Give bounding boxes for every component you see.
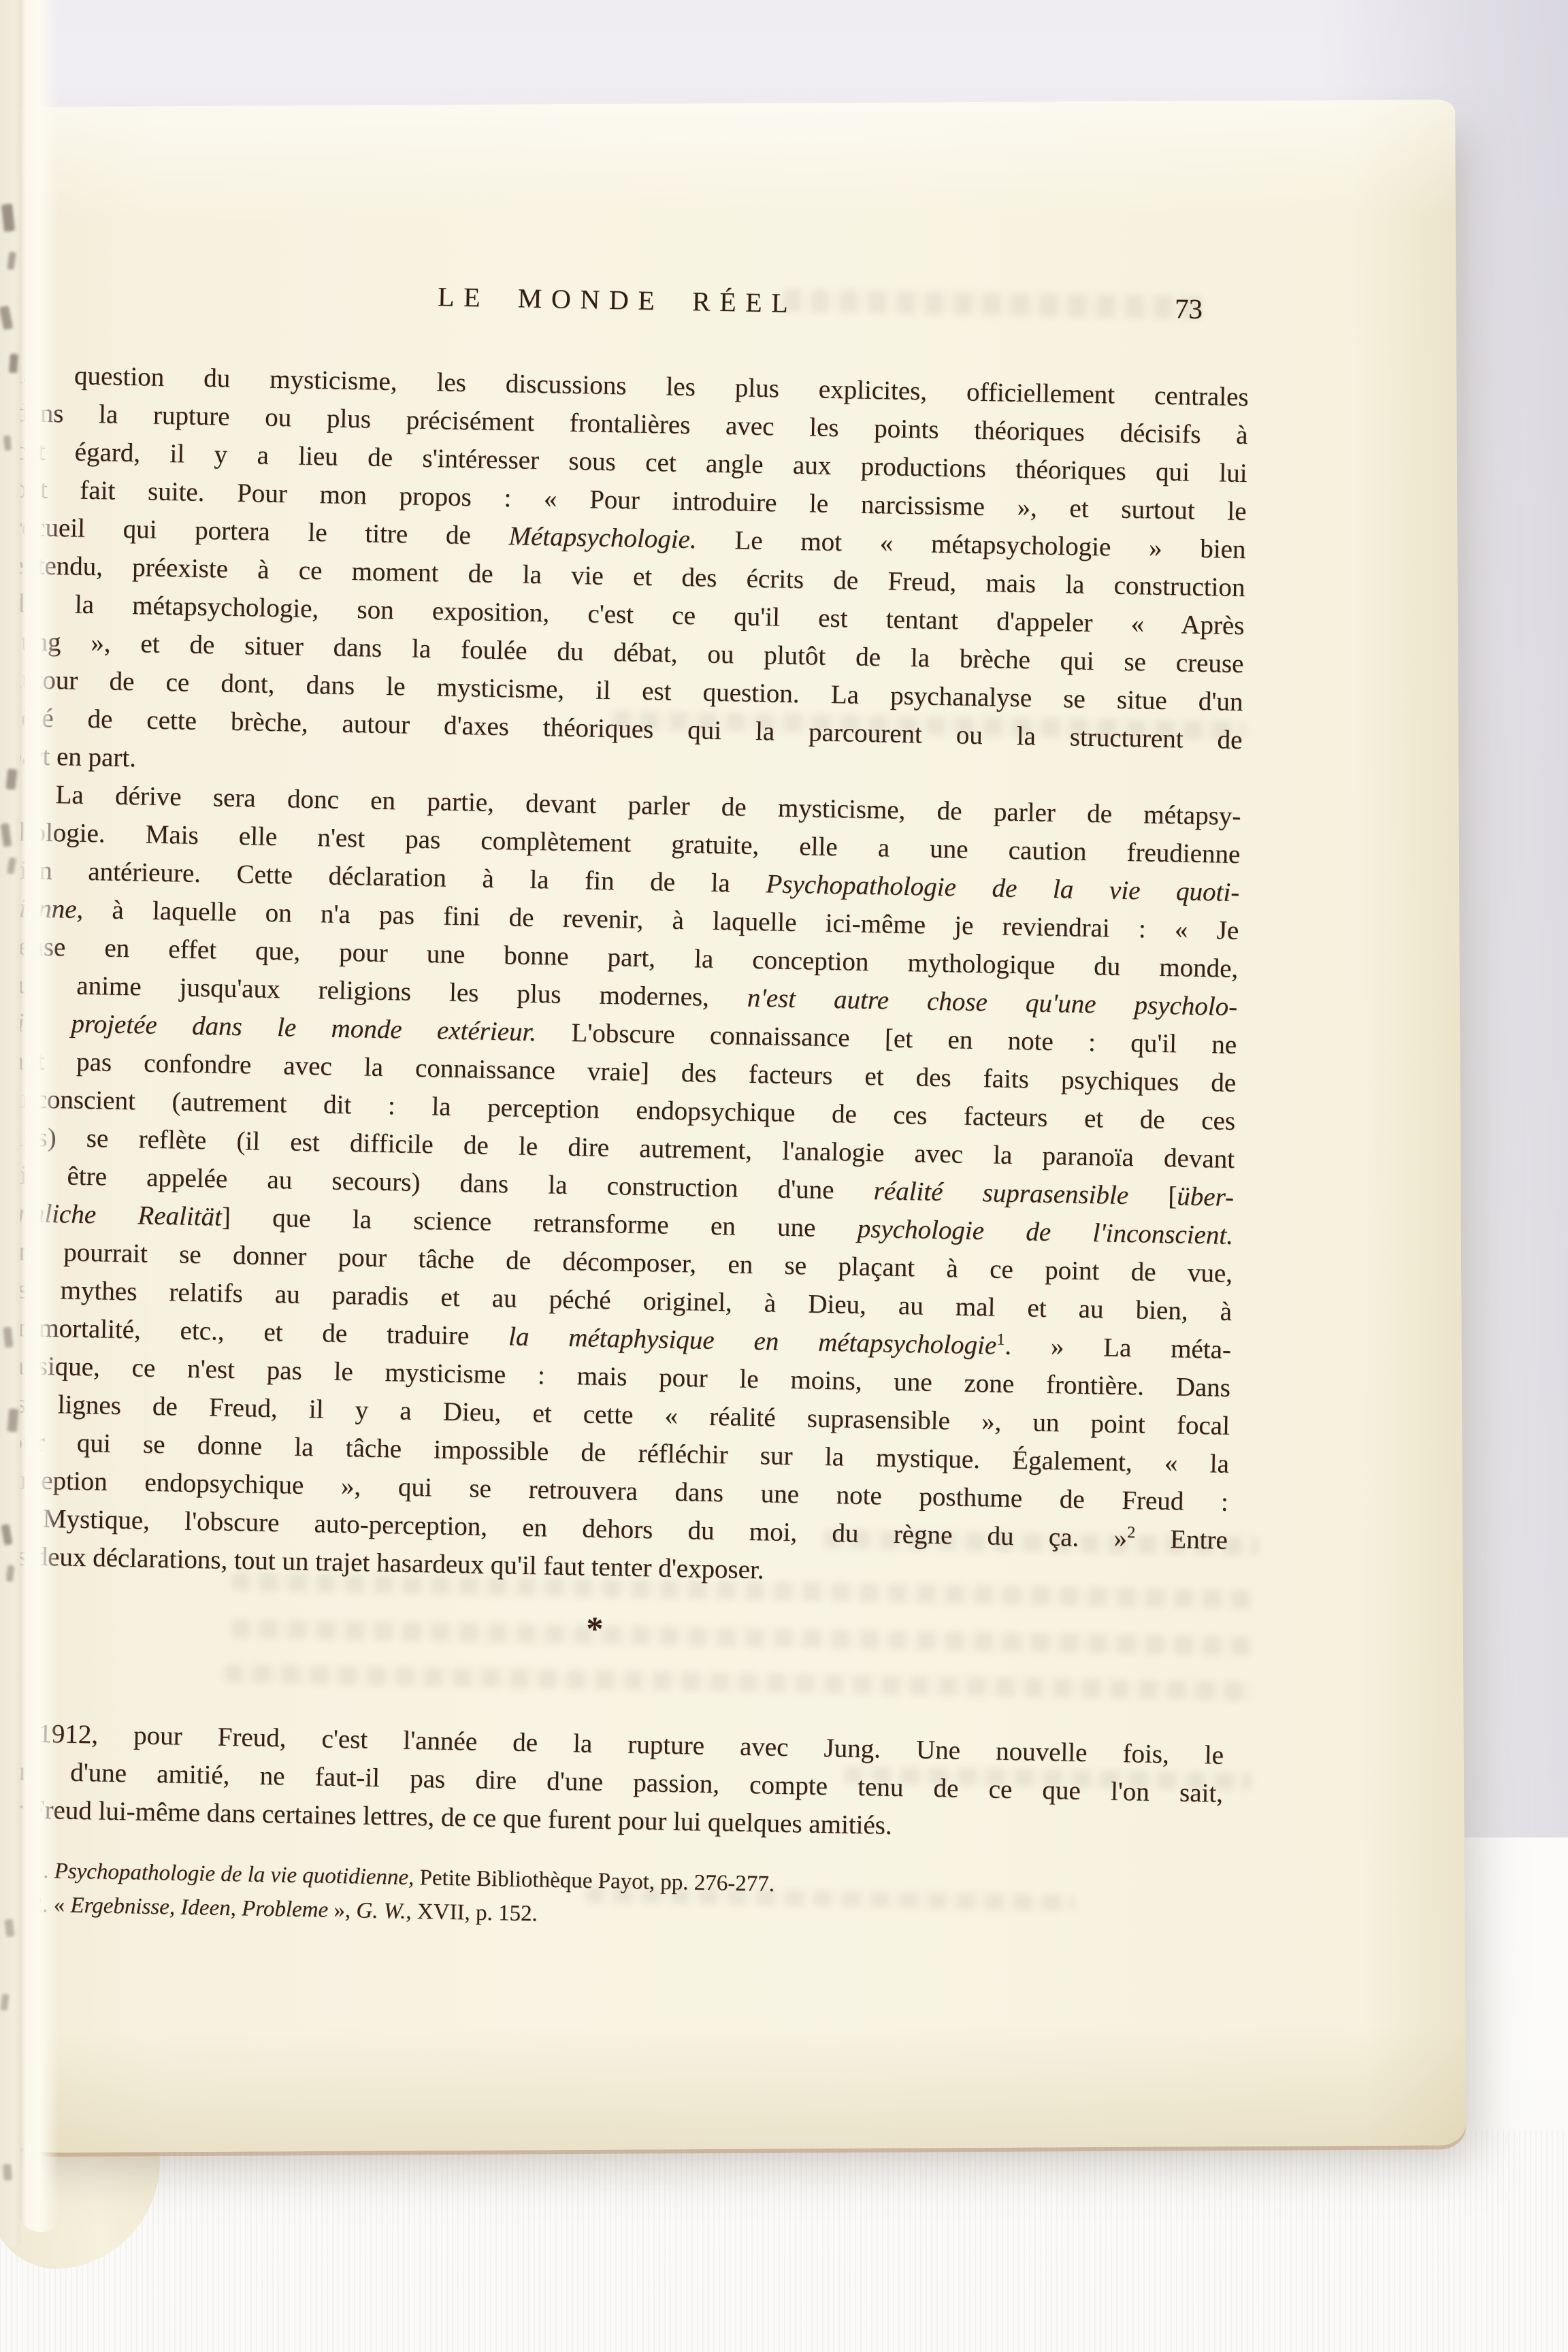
asterisk-glyph: * bbox=[586, 1610, 604, 1648]
book-photo: { "header": { "title": "LE MONDE RÉEL", … bbox=[0, 0, 1568, 2352]
page-content: LE MONDE RÉEL 73 la question du mysticis… bbox=[0, 112, 1254, 1944]
edge-ink-fragment bbox=[3, 1326, 13, 1347]
page-number: 73 bbox=[1174, 289, 1203, 328]
background-fabric-texture bbox=[0, 2130, 1568, 2352]
edge-ink-fragment bbox=[1, 1524, 12, 1546]
edge-ink-fragment bbox=[1, 203, 15, 231]
edge-ink-fragment bbox=[7, 1408, 19, 1432]
edge-ink-fragment bbox=[0, 1993, 9, 2010]
edge-ink-fragment bbox=[3, 436, 12, 451]
edge-ink-fragment bbox=[7, 857, 16, 874]
fore-edge-strip bbox=[0, 0, 20, 2246]
page-header: LE MONDE RÉEL 73 bbox=[16, 112, 1253, 378]
section-separator: * bbox=[0, 1575, 1226, 1737]
edge-ink-fragment bbox=[0, 306, 13, 330]
fore-edge-highlight bbox=[16, 0, 59, 2232]
edge-ink-fragment bbox=[9, 354, 18, 374]
edge-ink-fragment bbox=[5, 1918, 15, 1937]
edge-ink-fragment bbox=[7, 251, 16, 269]
body-text: la question du mysticisme, les discussio… bbox=[0, 356, 1249, 1944]
edge-ink-fragment bbox=[6, 1565, 14, 1582]
footnote-reference: 1 bbox=[996, 1330, 1005, 1349]
edge-ink-fragment bbox=[5, 768, 17, 789]
edge-ink-fragment bbox=[1, 823, 12, 847]
footnote-reference: 2 bbox=[1127, 1523, 1136, 1541]
running-head-title: LE MONDE RÉEL bbox=[438, 278, 798, 323]
edge-ink-fragment bbox=[3, 2164, 12, 2181]
